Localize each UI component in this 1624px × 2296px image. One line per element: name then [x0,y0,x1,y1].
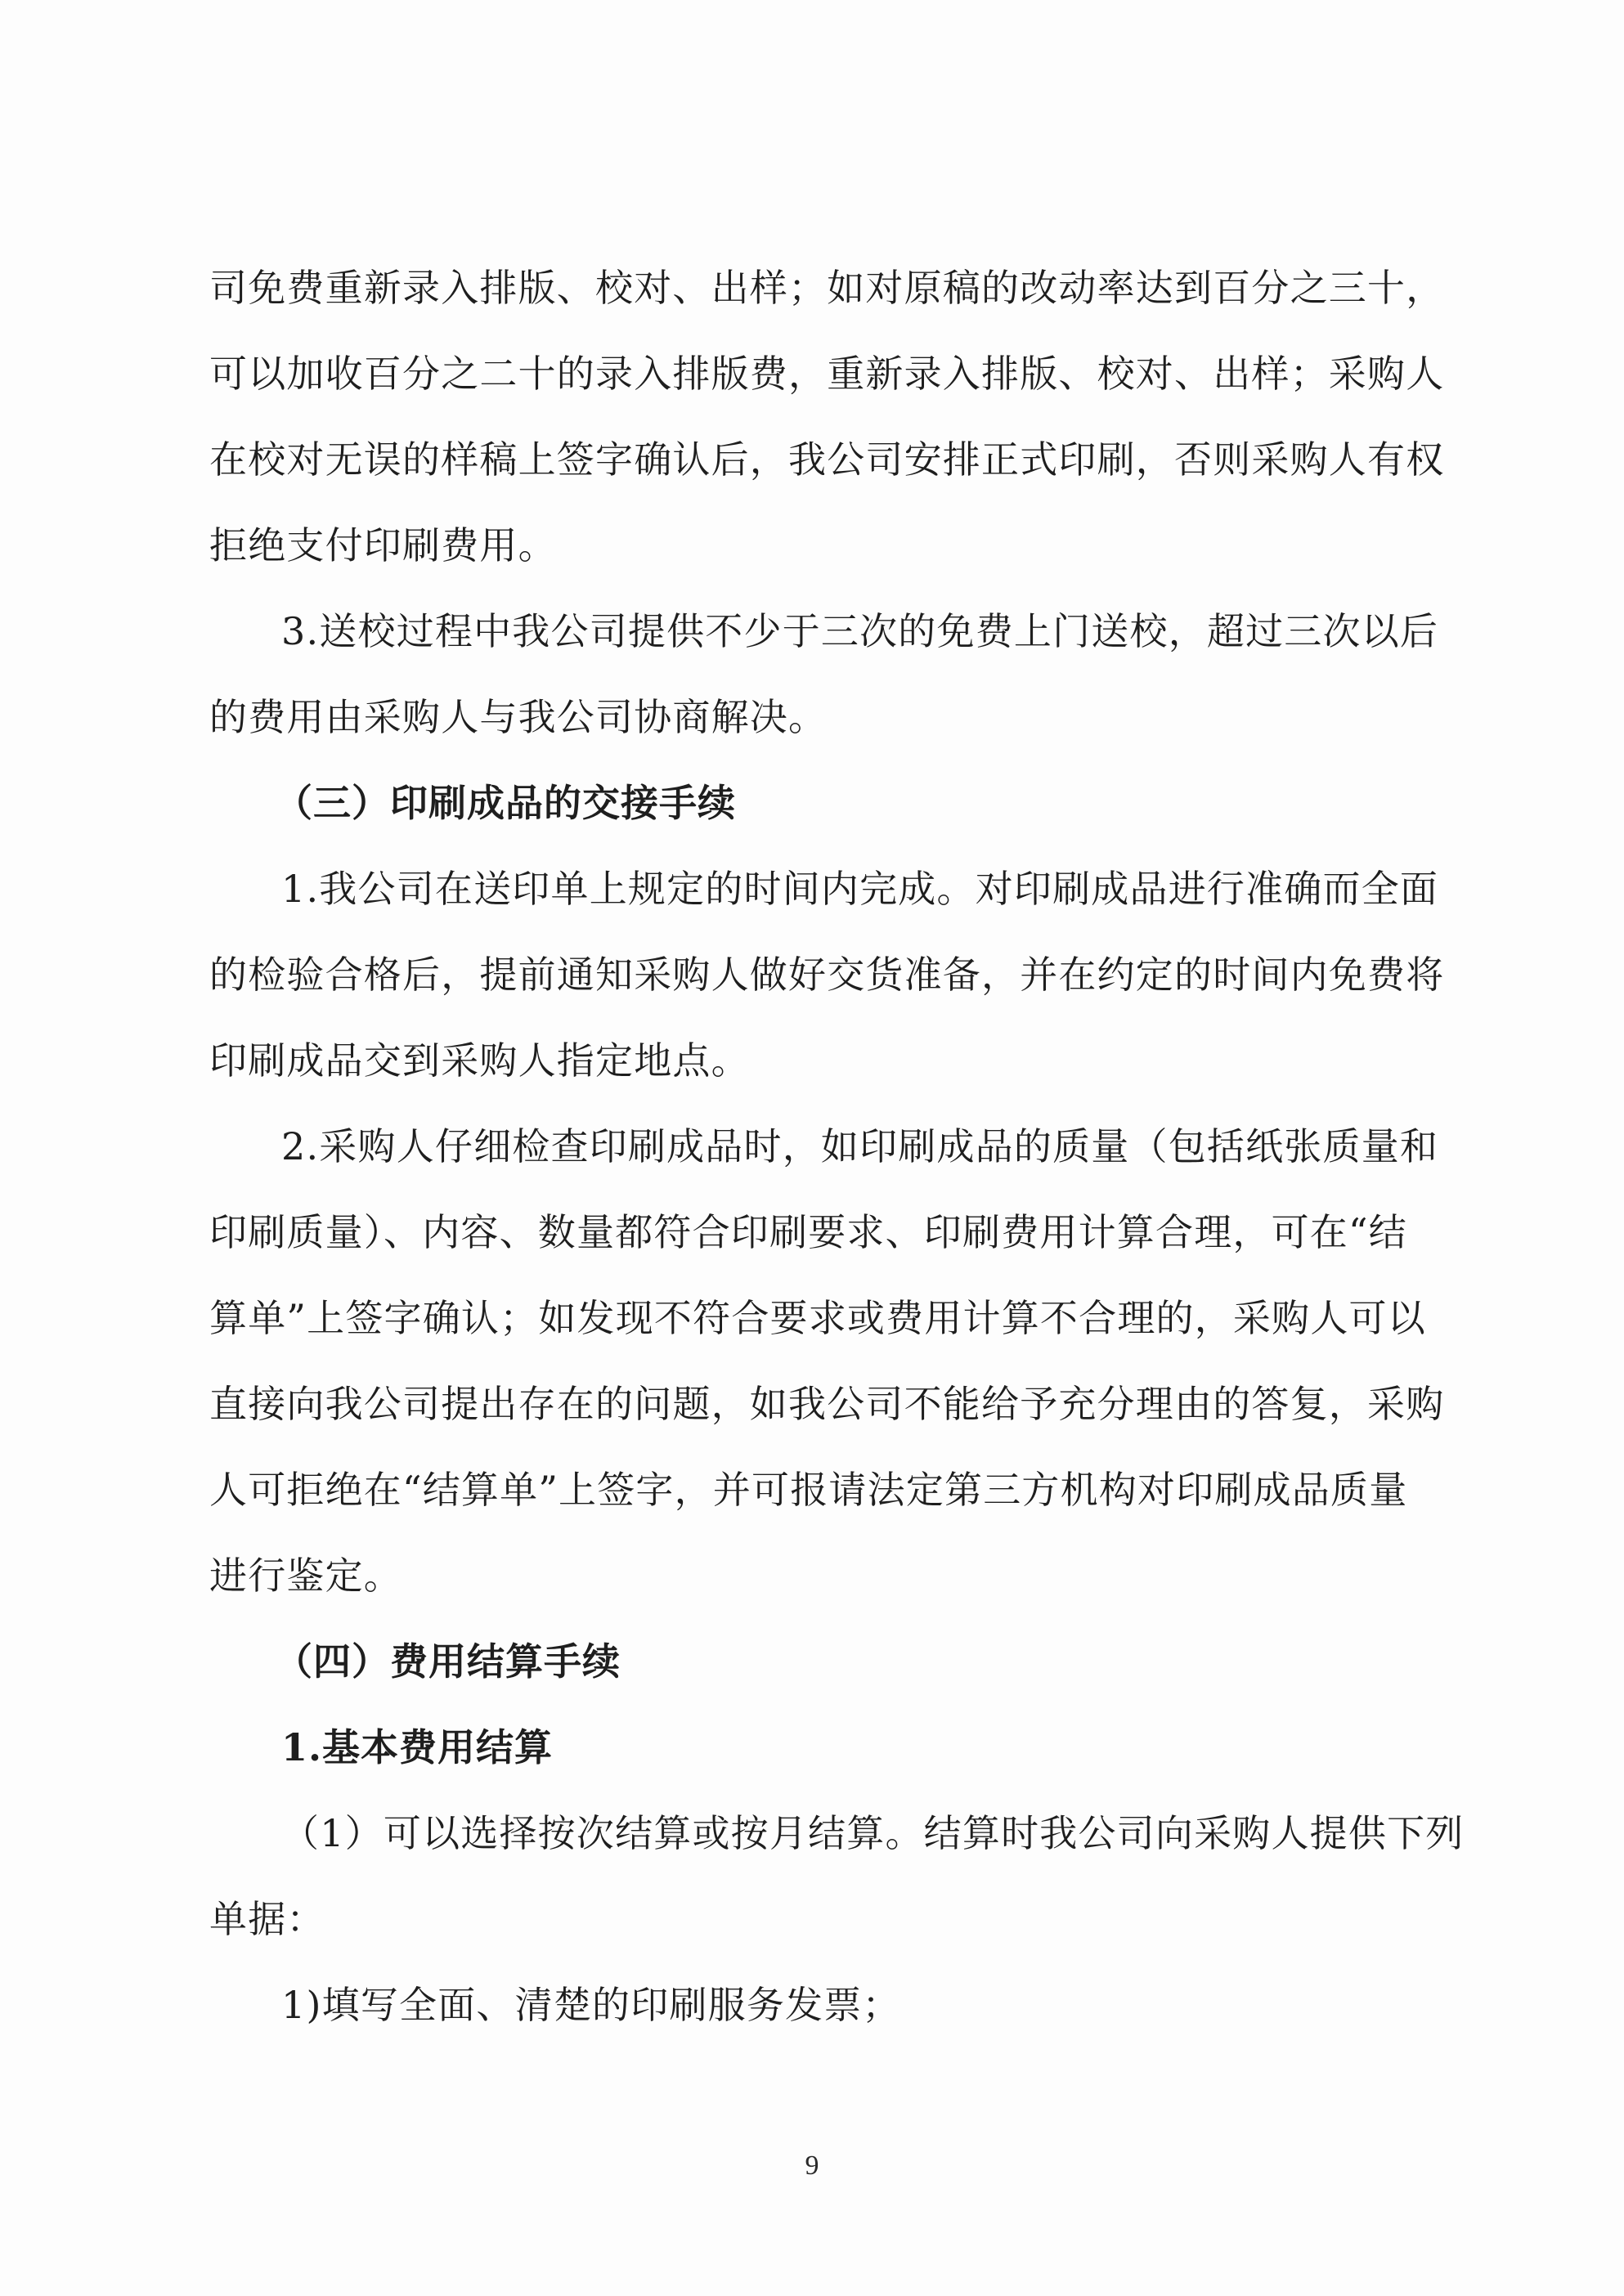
body-line-4: 拒绝支付印刷费用。 [209,522,1436,568]
subsection-heading-1: 1.基本费用结算 [281,1724,1508,1770]
paragraph-3-start: 3.送校过程中我公司提供不少于三次的免费上门送校，超过三次以后 [281,608,1508,654]
body-line-6: 的费用由采购人与我公司协商解决。 [209,694,1436,740]
paragraph-1-start: 1.我公司在送印单上规定的时间内完成。对印刷成品进行准确而全面 [281,866,1508,912]
body-line-13: 算单”上签字确认；如发现不符合要求或费用计算不合理的，采购人可以 [209,1295,1436,1341]
body-line-2: 可以加收百分之二十的录入排版费，重新录入排版、校对、出样；采购人 [209,351,1436,397]
list-item-1: 1)填写全面、清楚的印刷服务发票； [281,1982,1508,2028]
body-line-16: 进行鉴定。 [209,1553,1436,1599]
paragraph-2-start: 2.采购人仔细检查印刷成品时，如印刷成品的质量（包括纸张质量和 [281,1123,1508,1169]
section-heading-4: （四）费用结算手续 [275,1639,1501,1684]
document-page: 司免费重新录入排版、校对、出样；如对原稿的改动率达到百分之三十， 可以加收百分之… [0,0,1624,2296]
section-heading-3: （三）印刷成品的交接手续 [275,780,1501,826]
page-number: 9 [0,2150,1624,2182]
item-1-start: （1）可以选择按次结算或按月结算。结算时我公司向采购人提供下列 [281,1810,1508,1856]
body-line-10: 印刷成品交到采购人指定地点。 [209,1038,1436,1083]
body-line-15: 人可拒绝在“结算单”上签字，并可报请法定第三方机构对印刷成品质量 [209,1467,1436,1513]
body-line-3: 在校对无误的样稿上签字确认后，我公司安排正式印刷，否则采购人有权 [209,437,1436,482]
body-line-1: 司免费重新录入排版、校对、出样；如对原稿的改动率达到百分之三十， [209,265,1436,311]
body-line-9: 的检验合格后，提前通知采购人做好交货准备，并在约定的时间内免费将 [209,952,1436,998]
body-line-14: 直接向我公司提出存在的问题，如我公司不能给予充分理由的答复，采购 [209,1381,1436,1427]
body-line-20: 单据： [209,1896,1436,1942]
body-line-12: 印刷质量）、内容、数量都符合印刷要求、印刷费用计算合理，可在“结 [209,1209,1436,1255]
